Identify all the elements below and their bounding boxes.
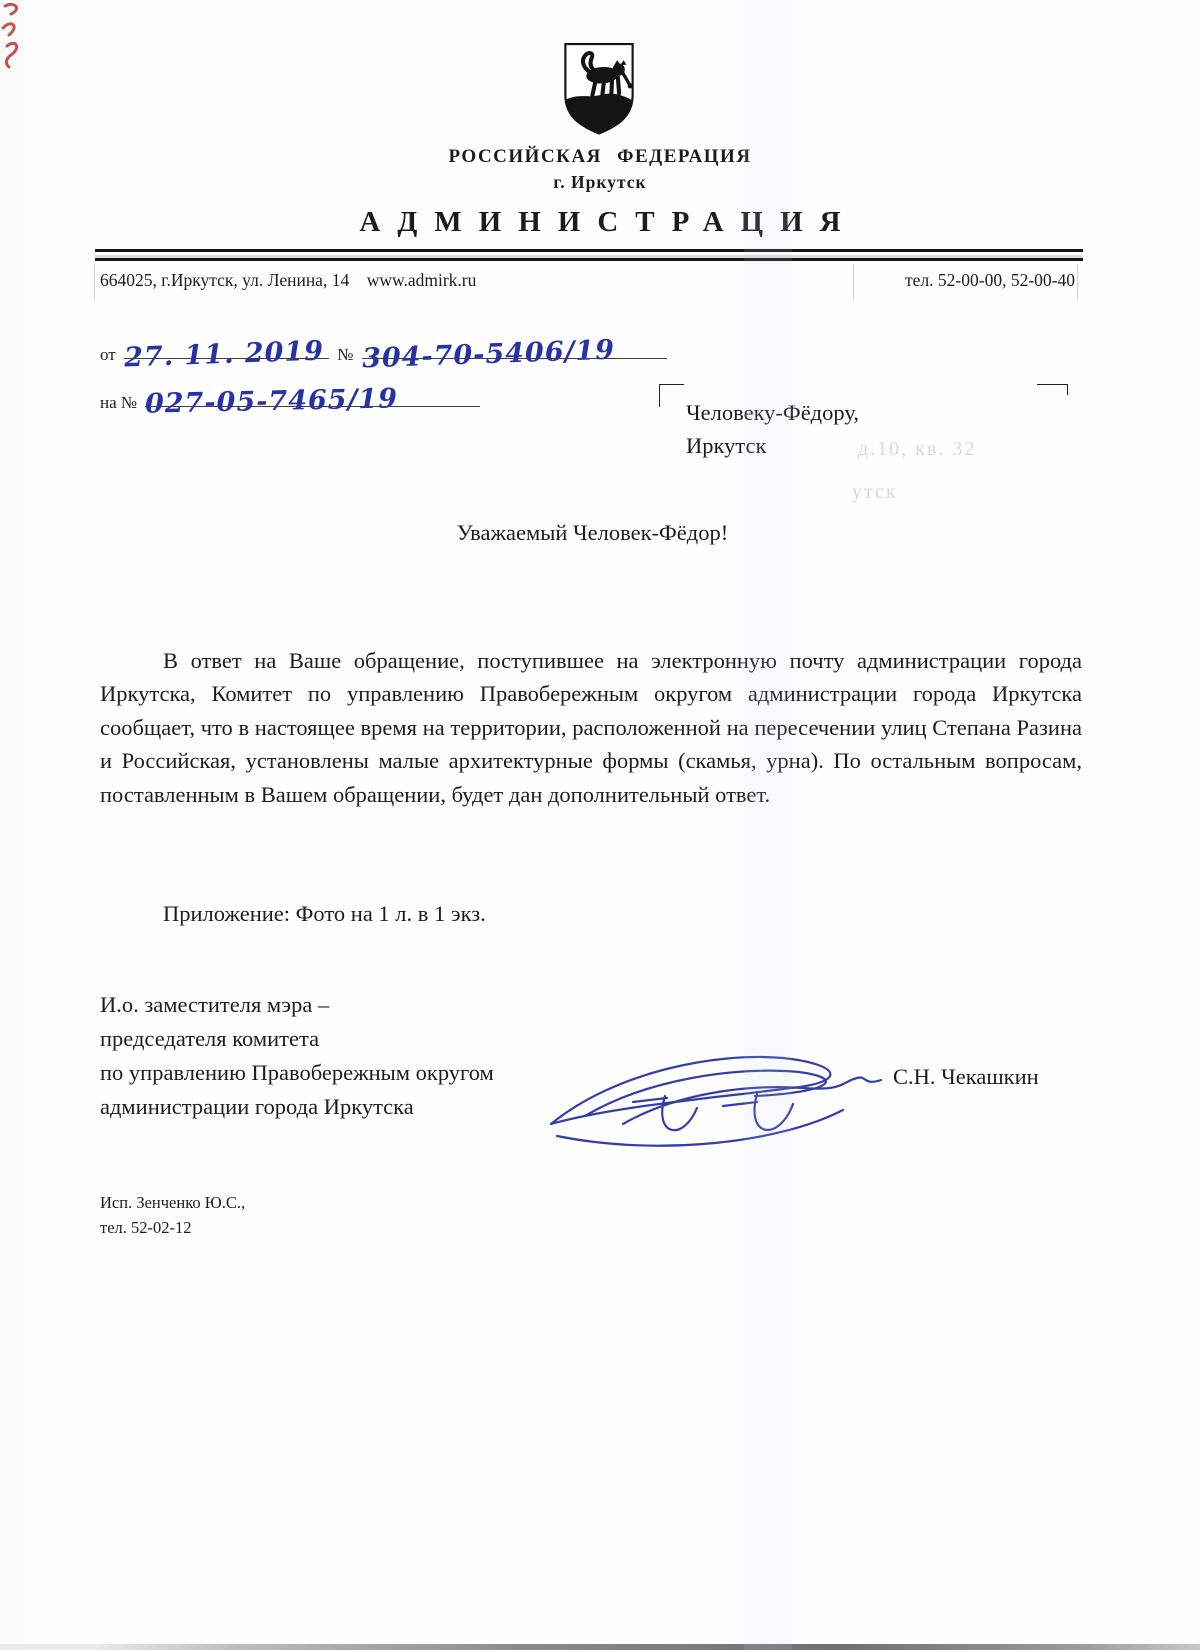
street-address: 664025, г.Иркутск, ул. Ленина, 14 xyxy=(100,270,349,290)
signer-position-line: И.о. заместителя мэра – xyxy=(100,988,494,1022)
date-underline: 27. 11. 2019 xyxy=(124,338,329,359)
recipient-city: Иркутск xyxy=(686,429,859,462)
incoming-reference-line: на № 027-05-7465/19 xyxy=(100,386,484,413)
signer-position-line: по управлению Правобережным округом xyxy=(100,1056,494,1090)
scan-edge-artifact xyxy=(0,1644,1200,1650)
outgoing-reference-line: от 27. 11. 2019 № 304-70-5406/19 xyxy=(100,338,671,365)
form-cell-tick xyxy=(1077,264,1078,300)
website-text: www.admirk.ru xyxy=(367,270,477,290)
handwritten-signature xyxy=(545,1038,890,1156)
executor-phone: тел. 52-02-12 xyxy=(100,1215,245,1240)
form-cell-tick xyxy=(94,264,95,300)
executor-name: Исп. Зенченко Ю.С., xyxy=(100,1190,245,1215)
irkutsk-coat-of-arms-icon xyxy=(558,40,640,140)
double-rule-divider xyxy=(95,249,1083,261)
phone-numbers: тел. 52-00-00, 52-00-40 xyxy=(905,270,1075,291)
recipient-name: Человеку-Фёдору, xyxy=(686,396,859,429)
signer-position-block: И.о. заместителя мэра – председателя ком… xyxy=(100,988,494,1124)
whited-out-ghost-text: д.10, кв. 32 xyxy=(858,438,976,461)
red-pen-scribble-icon xyxy=(0,0,50,75)
letterhead-organization: АДМИНИСТРАЦИЯ xyxy=(0,206,1200,239)
reply-label: на № xyxy=(100,393,137,412)
salutation: Уважаемый Человек-Фёдор! xyxy=(100,520,1085,546)
letter-body-paragraph: В ответ на Ваше обращение, поступившее н… xyxy=(100,644,1082,811)
handwritten-outgoing-number: 304-70-5406/19 xyxy=(361,337,615,373)
executor-block: Исп. Зенченко Ю.С., тел. 52-02-12 xyxy=(100,1190,245,1240)
signer-position-line: администрации города Иркутска xyxy=(100,1090,494,1124)
from-label: от xyxy=(100,345,116,364)
recipient-block: Человеку-Фёдору, Иркутск xyxy=(686,396,859,462)
scanned-letter-page: РОССИЙСКАЯ ФЕДЕРАЦИЯ г. Иркутск АДМИНИСТ… xyxy=(0,0,1200,1650)
address-corner-mark-left xyxy=(659,384,684,407)
reply-underline: 027-05-7465/19 xyxy=(145,386,480,407)
attachment-line: Приложение: Фото на 1 л. в 1 экз. xyxy=(100,901,1082,927)
signer-position-line: председателя комитета xyxy=(100,1022,494,1056)
postal-address: 664025, г.Иркутск, ул. Ленина, 14 www.ad… xyxy=(100,270,476,291)
signer-name: С.Н. Чекашкин xyxy=(893,1064,1039,1090)
contact-info-row: 664025, г.Иркутск, ул. Ленина, 14 www.ad… xyxy=(100,270,1075,291)
number-label: № xyxy=(337,345,353,364)
handwritten-incoming-number: 027-05-7465/19 xyxy=(145,385,398,417)
letterhead-country: РОССИЙСКАЯ ФЕДЕРАЦИЯ xyxy=(0,146,1200,168)
whited-out-ghost-text: утск xyxy=(852,481,898,504)
address-corner-mark-right xyxy=(1037,384,1068,395)
number-underline: 304-70-5406/19 xyxy=(362,338,667,359)
letterhead-city: г. Иркутск xyxy=(0,172,1200,193)
handwritten-date: 27. 11. 2019 xyxy=(124,338,325,372)
